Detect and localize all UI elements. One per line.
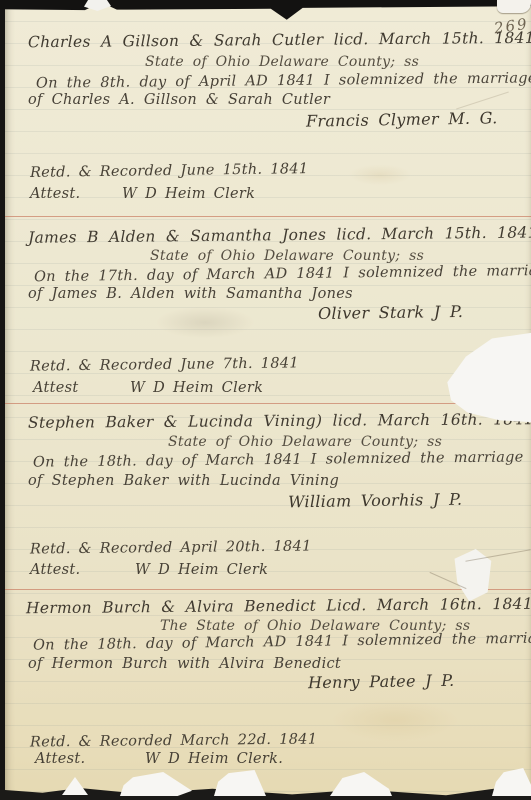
entry-4-attest-label: Attest. bbox=[35, 751, 85, 767]
entry-3-officiant-signature: William Voorhis J P. bbox=[288, 490, 463, 512]
entry-4-officiant-signature: Henry Patee J P. bbox=[308, 671, 455, 693]
entry-2-officiant-signature: Oliver Stark J P. bbox=[318, 302, 463, 323]
entry-1-attest-label: Attest. bbox=[30, 186, 80, 202]
entry-3-recorded-note: Retd. & Recorded April 20th. 1841 bbox=[30, 539, 312, 558]
entry-2-attest-label: Attest bbox=[33, 380, 79, 396]
entry-4-clerk-signature: W D Heim Clerk. bbox=[145, 751, 283, 767]
entry-2-solemnization-line-2: of James B. Alden with Samantha Jones bbox=[28, 286, 353, 302]
entry-1-officiant-signature: Francis Clymer M. G. bbox=[306, 108, 498, 130]
entry-4-recorded-note: Retd. & Recorded March 22d. 1841 bbox=[30, 731, 317, 750]
entry-1-clerk-signature: W D Heim Clerk bbox=[122, 186, 255, 202]
paper-curl-top-right bbox=[497, 0, 531, 13]
entry-4-solemnization-line-2: of Hermon Burch with Alvira Benedict bbox=[28, 656, 341, 672]
red-divider-2 bbox=[5, 403, 531, 404]
entry-1-jurisdiction: State of Ohio Delaware County; ss bbox=[145, 54, 419, 70]
ink-smudge bbox=[135, 300, 275, 345]
entry-3-solemnization-line-2: of Stephen Baker with Lucinda Vining bbox=[28, 473, 339, 489]
entry-3-attest-label: Attest. bbox=[30, 562, 80, 578]
entry-2-recorded-note: Retd. & Recorded June 7th. 1841 bbox=[30, 355, 299, 374]
entry-2-clerk-signature: W D Heim Clerk bbox=[130, 380, 263, 396]
red-divider-3 bbox=[5, 589, 531, 590]
entry-1-solemnization-line-2: of Charles A. Gillson & Sarah Cutler bbox=[28, 92, 330, 108]
entry-3-jurisdiction: State of Ohio Delaware County; ss bbox=[168, 434, 442, 450]
entry-3-header: Stephen Baker & Lucinda Vining) licd. Ma… bbox=[28, 410, 531, 432]
entry-2-jurisdiction: State of Ohio Delaware County; ss bbox=[150, 248, 424, 264]
foxing-stain bbox=[335, 160, 425, 190]
red-divider-1 bbox=[5, 216, 531, 217]
foxing-stain bbox=[305, 690, 485, 750]
entry-3-clerk-signature: W D Heim Clerk bbox=[135, 562, 268, 578]
